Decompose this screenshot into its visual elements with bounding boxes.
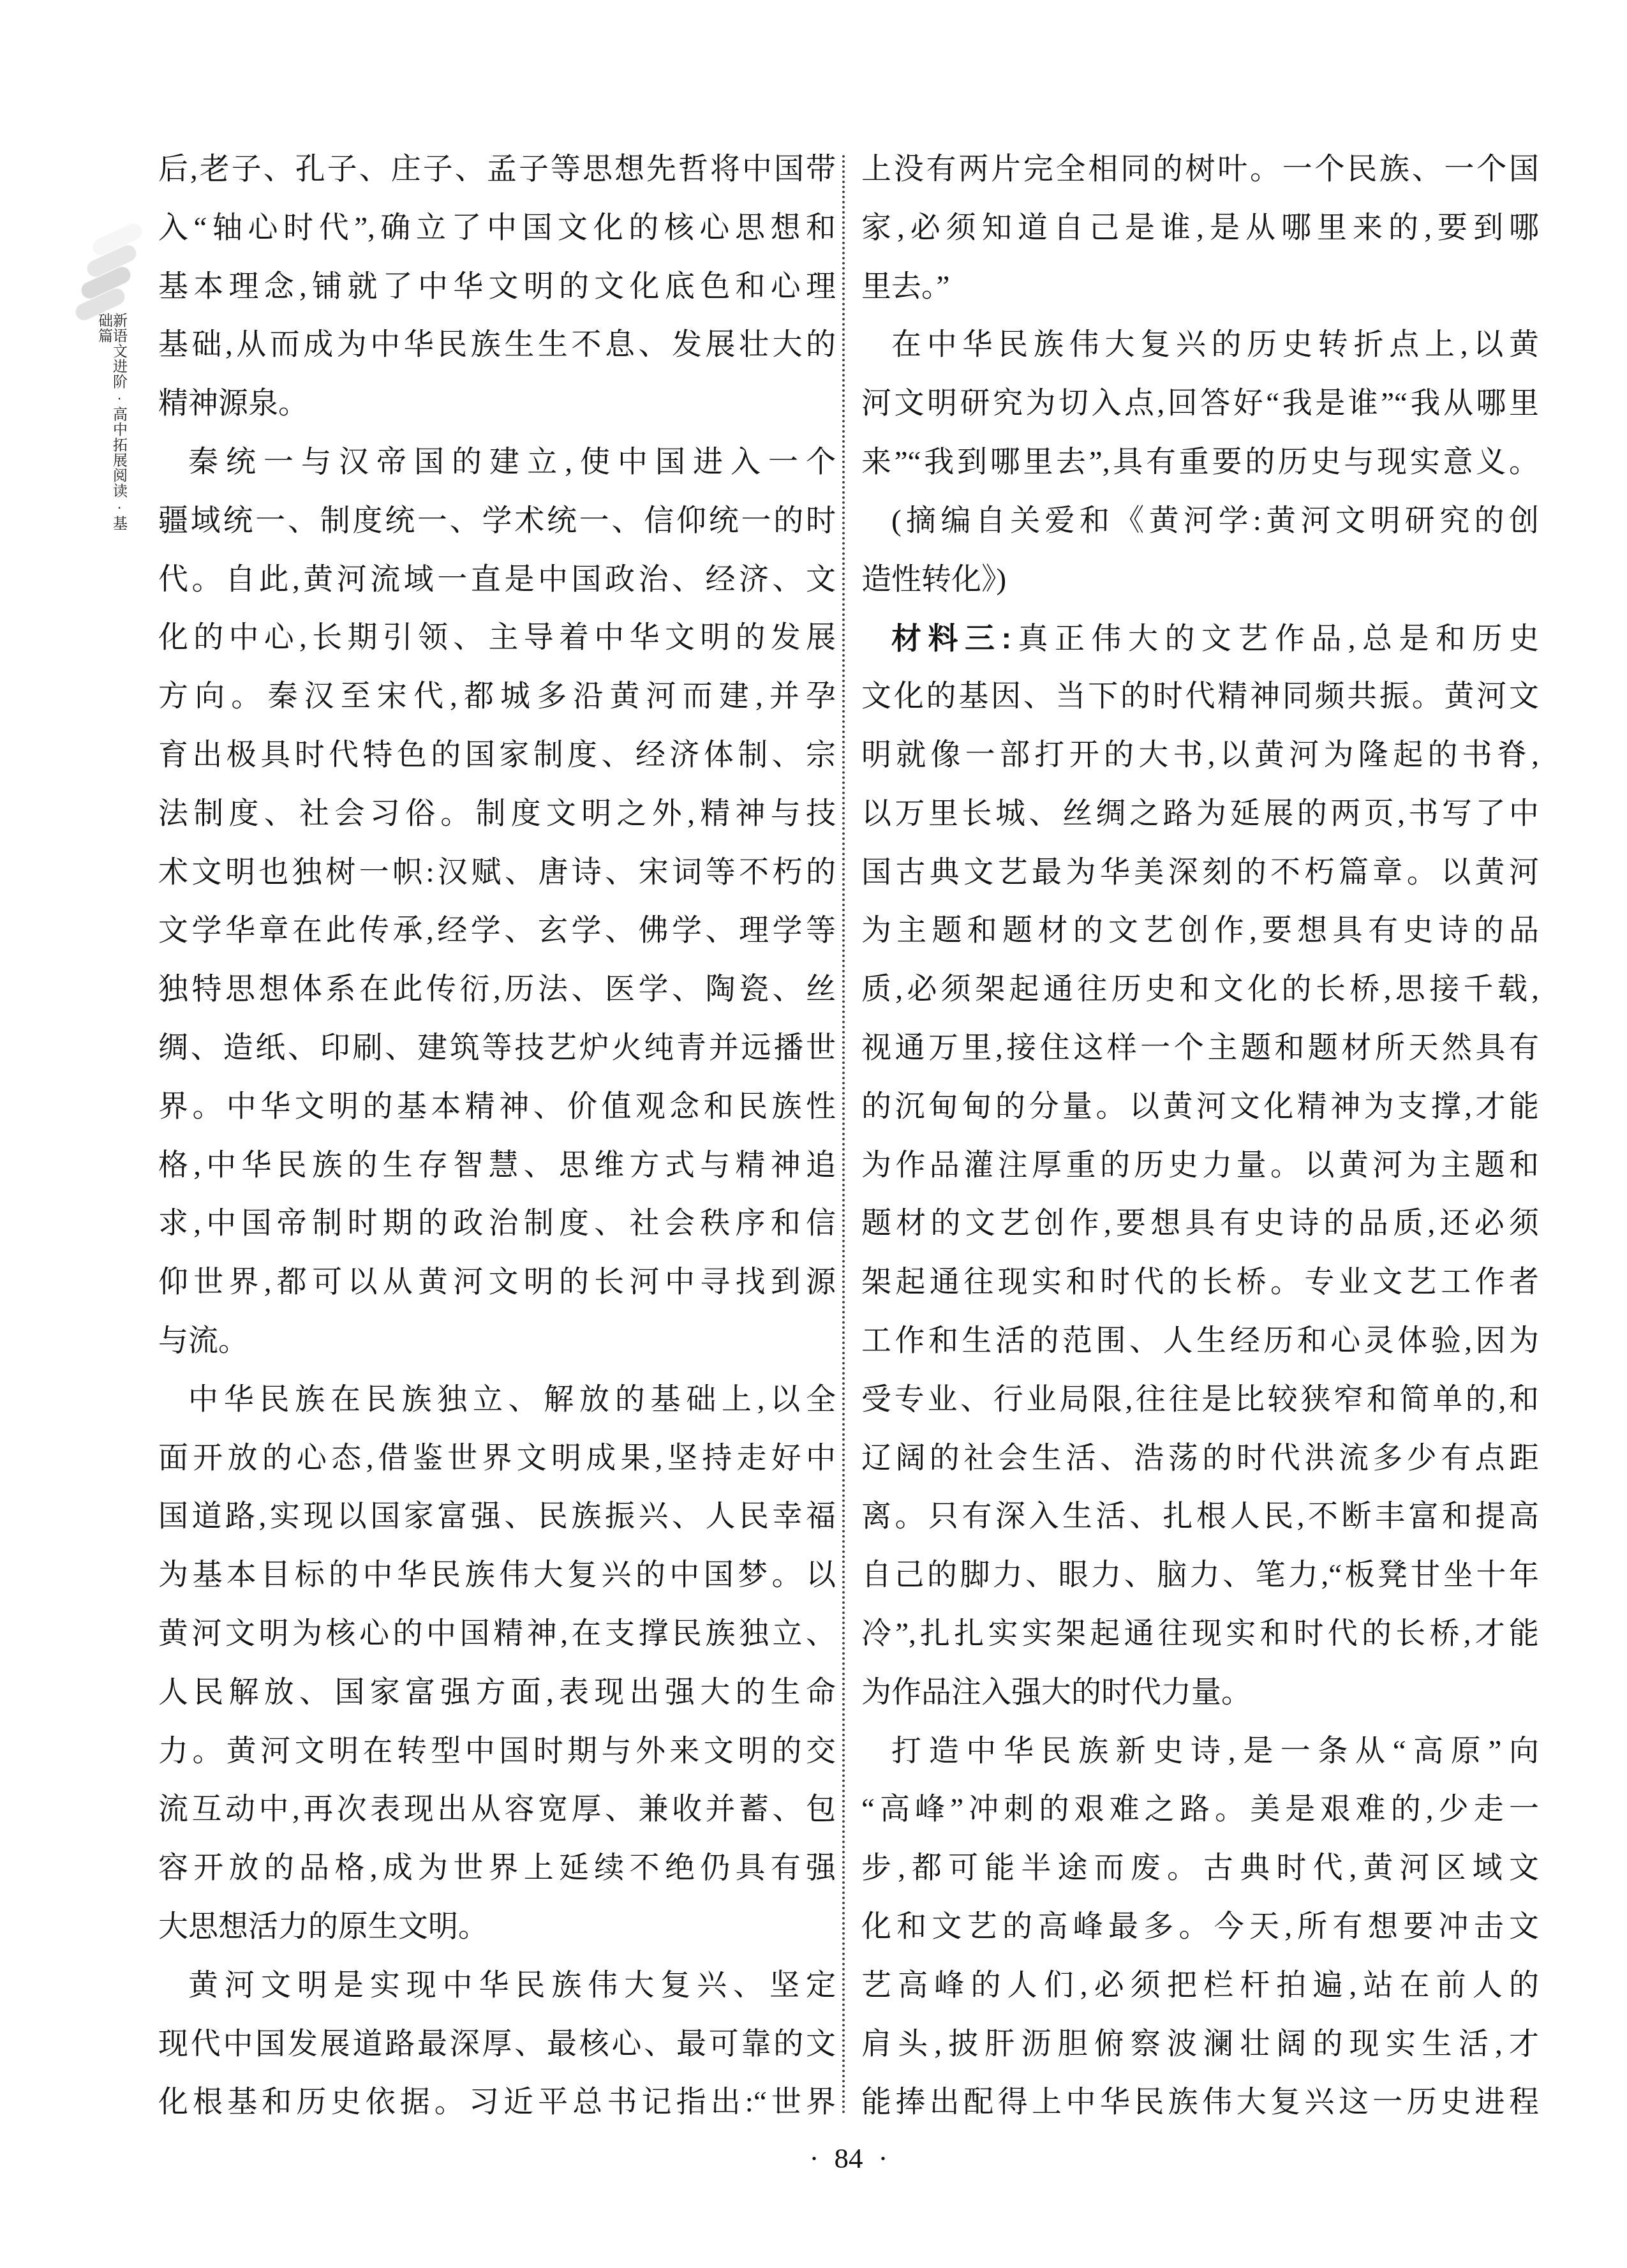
text-line: 后,老子、孔子、庄子、孟子等思想先哲将中国带 (158, 140, 836, 199)
text-line: 精神源泉。 (158, 375, 836, 433)
text-line: 化的中心,长期引领、主导着中华文明的发展 (158, 609, 836, 668)
text-line: 入“轴心时代”,确立了中国文化的核心思想和 (158, 199, 836, 258)
text-line: 离。只有深入生活、扎根人民,不断丰富和提高 (861, 1488, 1539, 1546)
text-line: 题材的文艺创作,要想具有史诗的品质,还必须 (861, 1195, 1539, 1253)
text-line: 国古典文艺最为华美深刻的不朽篇章。以黄河 (861, 844, 1539, 902)
text-line: 以万里长城、丝绸之路为延展的两页,书写了中 (861, 785, 1539, 844)
text-line: 材料三:真正伟大的文艺作品,总是和历史 (861, 609, 1539, 668)
book-series-logo (73, 230, 163, 319)
text-line: 家,必须知道自己是谁,是从哪里来的,要到哪 (861, 199, 1539, 258)
text-line: 流互动中,再次表现出从容宽厚、兼收并蓄、包 (158, 1780, 836, 1839)
text-line: 容开放的品格,成为世界上延续不绝仍具有强 (158, 1839, 836, 1898)
text-line: 化根基和历史依据。习近平总书记指出:“世界 (158, 2073, 836, 2132)
text-line: 面开放的心态,借鉴世界文明成果,坚持走好中 (158, 1429, 836, 1488)
text-line: 文学华章在此传承,经学、玄学、佛学、理学等 (158, 902, 836, 960)
text-line: 法制度、社会习俗。制度文明之外,精神与技 (158, 785, 836, 844)
text-line: 造性转化》) (861, 551, 1539, 609)
right-text-column: 上没有两片完全相同的树叶。一个民族、一个国家,必须知道自己是谁,是从哪里来的,要… (861, 140, 1539, 2132)
column-divider-dotted-line (842, 155, 845, 2115)
text-line: 艺高峰的人们,必须把栏杆拍遍,站在前人的 (861, 1957, 1539, 2015)
text-line: 独特思想体系在此传衍,历法、医学、陶瓷、丝 (158, 960, 836, 1019)
page-number-right-dot: · (879, 2142, 888, 2174)
text-line: 力。黄河文明在转型中国时期与外来文明的交 (158, 1722, 836, 1781)
text-line: 打造中华民族新史诗,是一条从“高原”向 (861, 1722, 1539, 1781)
text-line: 黄河文明为核心的中国精神,在支撑民族独立、 (158, 1605, 836, 1664)
text-line: 架起通往现实和时代的长桥。专业文艺工作者 (861, 1253, 1539, 1312)
text-line: 界。中华文明的基本精神、价值观念和民族性 (158, 1078, 836, 1137)
text-line: 来”“我到哪里去”,具有重要的历史与现实意义。 (861, 433, 1539, 492)
text-line: 为作品注入强大的时代力量。 (861, 1664, 1539, 1722)
text-line: 河文明研究为切入点,回答好“我是谁”“我从哪里 (861, 375, 1539, 433)
text-line: “高峰”冲刺的艰难之路。美是艰难的,少走一 (861, 1780, 1539, 1839)
text-line: 为主题和题材的文艺创作,要想具有史诗的品 (861, 902, 1539, 960)
text-line: 里去。” (861, 258, 1539, 317)
text-line: 秦统一与汉帝国的建立,使中国进入一个 (158, 433, 836, 492)
text-line: 疆域统一、制度统一、学术统一、信仰统一的时 (158, 492, 836, 551)
text-line: 格,中华民族的生存智慧、思维方式与精神追 (158, 1137, 836, 1195)
text-line: 工作和生活的范围、人生经历和心灵体验,因为 (861, 1312, 1539, 1371)
text-line: 求,中国帝制时期的政治制度、社会秩序和信 (158, 1195, 836, 1253)
text-line: 肩头,披肝沥胆俯察波澜壮阔的现实生活,才 (861, 2015, 1539, 2074)
page-number-value: 84 (835, 2142, 863, 2174)
text-line: 绸、造纸、印刷、建筑等技艺炉火纯青并远播世 (158, 1019, 836, 1078)
text-line: 的沉甸甸的分量。以黄河文化精神为支撑,才能 (861, 1078, 1539, 1137)
text-line: 辽阔的社会生活、浩荡的时代洪流多少有点距 (861, 1429, 1539, 1488)
text-line: 中华民族在民族独立、解放的基础上,以全 (158, 1371, 836, 1429)
page-number: ·84· (158, 2142, 1539, 2175)
text-line: 步,都可能半途而废。古典时代,黄河区域文 (861, 1839, 1539, 1898)
text-line: 术文明也独树一帜:汉赋、唐诗、宋词等不朽的 (158, 844, 836, 902)
text-line: 化和文艺的高峰最多。今天,所有想要冲击文 (861, 1898, 1539, 1957)
text-line: 人民解放、国家富强方面,表现出强大的生命 (158, 1664, 836, 1722)
text-line: 代。自此,黄河流域一直是中国政治、经济、文 (158, 551, 836, 609)
text-line: 质,必须架起通往历史和文化的长桥,思接千载, (861, 960, 1539, 1019)
text-line: 上没有两片完全相同的树叶。一个民族、一个国 (861, 140, 1539, 199)
text-line: 自己的脚力、眼力、脑力、笔力,“板凳甘坐十年 (861, 1546, 1539, 1605)
text-line: 为作品灌注厚重的历史力量。以黄河为主题和 (861, 1137, 1539, 1195)
material-label: 材料三: (891, 621, 1011, 655)
text-line: 冷”,扎扎实实架起通往现实和时代的长桥,才能 (861, 1605, 1539, 1664)
text-line: 基础,从而成为中华民族生生不息、发展壮大的 (158, 316, 836, 375)
text-line: 文化的基因、当下的时代精神同频共振。黄河文 (861, 668, 1539, 726)
text-line: 与流。 (158, 1312, 836, 1371)
page-number-left-dot: · (810, 2142, 819, 2174)
series-title-vertical: 新语文进阶·高中拓展阅读·基础篇 (97, 313, 126, 542)
text-line: 现代中国发展道路最深厚、最核心、最可靠的文 (158, 2015, 836, 2074)
text-line: 大思想活力的原生文明。 (158, 1898, 836, 1957)
text-line: 育出极具时代特色的国家制度、经济体制、宗 (158, 726, 836, 785)
text-line: 方向。秦汉至宋代,都城多沿黄河而建,并孕 (158, 668, 836, 726)
text-line: 仰世界,都可以从黄河文明的长河中寻找到源 (158, 1253, 836, 1312)
text-line: 受专业、行业局限,往往是比较狭窄和简单的,和 (861, 1371, 1539, 1429)
left-text-column: 后,老子、孔子、庄子、孟子等思想先哲将中国带入“轴心时代”,确立了中国文化的核心… (158, 140, 836, 2132)
text-line: 国道路,实现以国家富强、民族振兴、人民幸福 (158, 1488, 836, 1546)
text-line: 为基本目标的中华民族伟大复兴的中国梦。以 (158, 1546, 836, 1605)
textbook-page: 新语文进阶·高中拓展阅读·基础篇 后,老子、孔子、庄子、孟子等思想先哲将中国带入… (0, 0, 1627, 2268)
text-line: 基本理念,铺就了中华文明的文化底色和心理 (158, 258, 836, 317)
text-line: 明就像一部打开的大书,以黄河为隆起的书脊, (861, 726, 1539, 785)
text-line: 黄河文明是实现中华民族伟大复兴、坚定 (158, 1957, 836, 2015)
text-line: 能捧出配得上中华民族伟大复兴这一历史进程 (861, 2073, 1539, 2132)
text-line: 在中华民族伟大复兴的历史转折点上,以黄 (861, 316, 1539, 375)
text-line: 视通万里,接住这样一个主题和题材所天然具有 (861, 1019, 1539, 1078)
text-line: (摘编自关爱和《黄河学:黄河文明研究的创 (861, 492, 1539, 551)
